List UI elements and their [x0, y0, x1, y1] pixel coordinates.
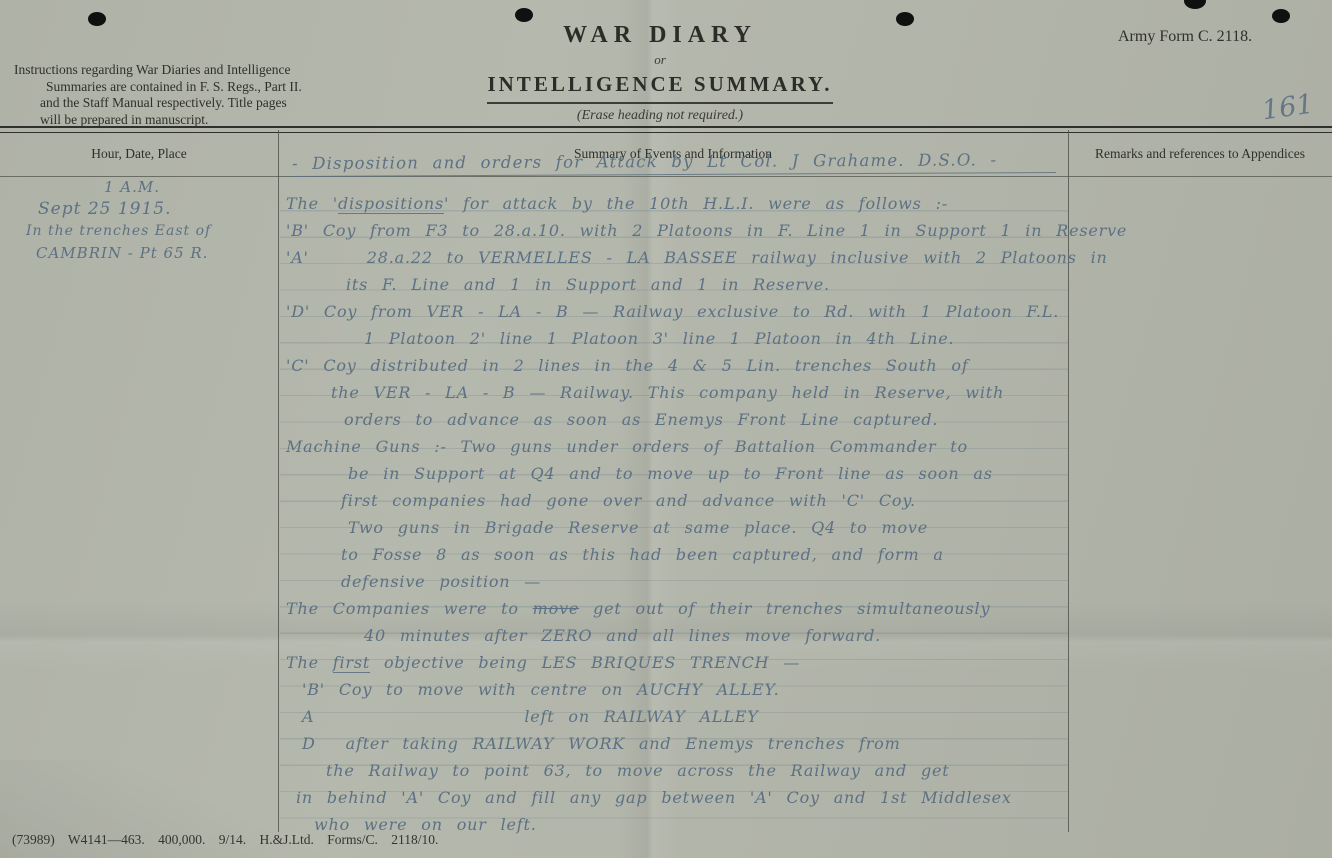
entry-heading: - Disposition and orders for Attack by L…: [292, 150, 1056, 177]
diary-line: The 'dispositions' for attack by the 10t…: [286, 190, 1086, 217]
column-header-hour-date-place: Hour, Date, Place: [0, 146, 278, 162]
diary-line: orders to advance as soon as Enemys Fron…: [286, 406, 1086, 433]
table-top-rule: [0, 126, 1332, 133]
diary-line: The Companies were to move get out of th…: [286, 595, 1086, 622]
diary-line: Machine Guns :- Two guns under orders of…: [286, 433, 1086, 460]
diary-line: first companies had gone over and advanc…: [286, 487, 1086, 514]
hour-date-place-entry: 1 A.M.Sept 25 1915.In the trenches East …: [18, 176, 268, 264]
punch-hole-icon: [1272, 9, 1290, 23]
table-column-divider-left: [278, 130, 279, 832]
punch-hole-icon: [1184, 0, 1206, 9]
instructions-note: Instructions regarding War Diaries and I…: [14, 62, 414, 128]
printers-imprint: (73989) W4141—463. 400,000. 9/14. H.&J.L…: [12, 832, 438, 848]
form-title: WAR DIARY: [430, 22, 890, 49]
punch-hole-icon: [515, 8, 533, 22]
form-title-block: WAR DIARY or INTELLIGENCE SUMMARY. (Eras…: [430, 22, 890, 124]
diary-line: Dafter taking RAILWAY WORK and Enemys tr…: [286, 730, 1086, 757]
place-line: In the trenches East of: [18, 220, 268, 242]
diary-line: the Railway to point 63, to move across …: [286, 757, 1086, 784]
diary-line: be in Support at Q4 and to move up to Fr…: [286, 460, 1086, 487]
diary-line: 'B' Coy from F3 to 28.a.10. with 2 Plato…: [286, 217, 1086, 244]
place-line: Sept 25 1915.: [18, 198, 268, 220]
form-subtitle: INTELLIGENCE SUMMARY.: [487, 72, 832, 104]
punch-hole-icon: [88, 12, 106, 26]
diary-line: its F. Line and 1 in Support and 1 in Re…: [286, 271, 1086, 298]
army-form-number: Army Form C. 2118.: [1118, 28, 1252, 46]
punch-hole-icon: [896, 12, 914, 26]
instructions-line: Instructions regarding War Diaries and I…: [14, 62, 414, 79]
place-line: 1 A.M.: [18, 176, 268, 198]
diary-line: Aleft on RAILWAY ALLEY: [286, 703, 1086, 730]
diary-line: Two guns in Brigade Reserve at same plac…: [286, 514, 1086, 541]
erase-heading-note: (Erase heading not required.): [430, 108, 890, 124]
diary-line: in behind 'A' Coy and fill any gap betwe…: [286, 784, 1086, 811]
diary-line: 1 Platoon 2' line 1 Platoon 3' line 1 Pl…: [286, 325, 1086, 352]
diary-line: 'C' Coy distributed in 2 lines in the 4 …: [286, 352, 1086, 379]
diary-line: The first objective being LES BRIQUES TR…: [286, 649, 1086, 676]
diary-line: defensive position —: [286, 568, 1086, 595]
diary-line: 40 minutes after ZERO and all lines move…: [286, 622, 1086, 649]
diary-line: 'D' Coy from VER - LA - B — Railway excl…: [286, 298, 1086, 325]
summary-entry: The 'dispositions' for attack by the 10t…: [286, 190, 1086, 838]
instructions-line: Summaries are contained in F. S. Regs., …: [14, 79, 414, 96]
diary-line: the VER - LA - B — Railway. This company…: [286, 379, 1086, 406]
diary-line: to Fosse 8 as soon as this had been capt…: [286, 541, 1086, 568]
diary-line: 'B' Coy to move with centre on AUCHY ALL…: [286, 676, 1086, 703]
place-line: CAMBRIN - Pt 65 R.: [18, 242, 268, 264]
column-header-remarks: Remarks and references to Appendices: [1068, 146, 1332, 162]
diary-line: 'A'28.a.22 to VERMELLES - LA BASSEE rail…: [286, 244, 1086, 271]
form-title-or: or: [430, 52, 890, 68]
instructions-line: and the Staff Manual respectively. Title…: [14, 95, 414, 112]
handwritten-page-number: 161: [1260, 89, 1315, 127]
